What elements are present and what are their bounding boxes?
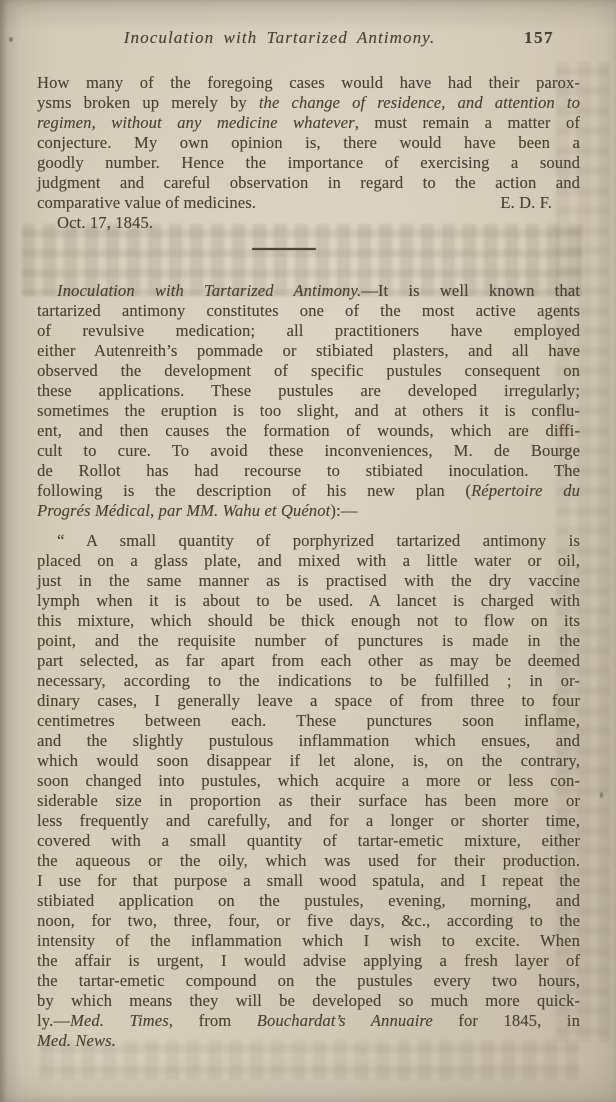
text-line: goodly number. Hence the importance of e… bbox=[37, 153, 580, 173]
text-line: covered with a small quantity of tartar-… bbox=[37, 831, 580, 851]
text-run: necessary, according to the indications … bbox=[37, 671, 580, 690]
text-line: conjecture. My own opinion is, there wou… bbox=[37, 133, 580, 153]
section-divider bbox=[252, 248, 316, 250]
text-line: the tartar-emetic compound on the pustul… bbox=[37, 971, 580, 991]
text-run: intensity of the inflammation which I wi… bbox=[37, 931, 580, 950]
text-line: regimen, without any medicine whatever, … bbox=[37, 113, 580, 133]
text-run: How many of the foregoing cases would ha… bbox=[37, 73, 580, 92]
italic-text-run: Inoculation with Tartarized Antimony. bbox=[57, 281, 361, 300]
text-run: following is the description of his new … bbox=[37, 481, 471, 500]
ink-speck bbox=[600, 792, 603, 798]
text-line: Inoculation with Tartarized Antimony.—It… bbox=[37, 281, 580, 301]
text-run: judgment and careful observation in rega… bbox=[37, 173, 580, 192]
text-line: judgment and careful observation in rega… bbox=[37, 173, 580, 193]
text-run: by which means they will be developed so… bbox=[37, 991, 580, 1010]
italic-text-run: Répertoire du bbox=[471, 481, 580, 500]
italic-text-run: Med. Times bbox=[70, 1011, 169, 1030]
text-run: placed on a glass plate, and mixed with … bbox=[37, 551, 580, 570]
text-line: “ A small quantity of porphyrized tartar… bbox=[37, 531, 580, 551]
page-body: How many of the foregoing cases would ha… bbox=[37, 73, 580, 1051]
text-run: ):— bbox=[330, 501, 357, 520]
paragraph: Inoculation with Tartarized Antimony.—It… bbox=[37, 281, 580, 521]
text-run: of revulsive medication; all practitione… bbox=[37, 321, 580, 340]
page-header: Inoculation with Tartarized Antimony. 15… bbox=[37, 28, 580, 50]
paragraph: “ A small quantity of porphyrized tartar… bbox=[37, 531, 580, 1051]
text-run: and the slightly pustulous inflammation … bbox=[37, 731, 580, 750]
text-run: , from bbox=[169, 1011, 257, 1030]
text-run: part selected, as far apart from each ot… bbox=[37, 651, 580, 670]
text-line: of revulsive medication; all practitione… bbox=[37, 321, 580, 341]
text-run: the aqueous or the oily, which was used … bbox=[37, 851, 580, 870]
text-run: ysms broken up merely by bbox=[37, 93, 259, 112]
signature-initials: E. D. F. bbox=[500, 193, 552, 213]
text-run: centimetres between each. These puncture… bbox=[37, 711, 580, 730]
text-line: soon changed into pustules, which acquir… bbox=[37, 771, 580, 791]
text-run: de Rollot has had recourse to stibiated … bbox=[37, 461, 580, 480]
text-line: ysms broken up merely by the change of r… bbox=[37, 93, 580, 113]
text-run: ent, and then causes the formation of wo… bbox=[37, 421, 580, 440]
italic-text-run: Bouchardat’s Annuaire bbox=[257, 1011, 433, 1030]
text-run: noon, for two, three, four, or five days… bbox=[37, 911, 580, 930]
text-run: ly.— bbox=[37, 1011, 70, 1030]
text-run: comparative value of medicines. bbox=[37, 193, 256, 213]
text-line: comparative value of medicines.E. D. F. bbox=[37, 193, 580, 213]
text-run: stibiated application on the pustules, e… bbox=[37, 891, 580, 910]
text-run: cult to cure. To avoid these inconvenien… bbox=[37, 441, 580, 460]
text-line: intensity of the inflammation which I wi… bbox=[37, 931, 580, 951]
text-run: the affair is urgent, I would advise app… bbox=[37, 951, 580, 970]
text-run: the tartar-emetic compound on the pustul… bbox=[37, 971, 580, 990]
text-run: siderable size in proportion as their su… bbox=[37, 791, 580, 810]
text-line: lymph when it is about to be used. A lan… bbox=[37, 591, 580, 611]
text-run: lymph when it is about to be used. A lan… bbox=[37, 591, 580, 610]
text-line: noon, for two, three, four, or five days… bbox=[37, 911, 580, 931]
text-line: part selected, as far apart from each ot… bbox=[37, 651, 580, 671]
scanned-page: Inoculation with Tartarized Antimony. 15… bbox=[0, 0, 616, 1102]
text-line: ly.—Med. Times, from Bouchardat’s Annuai… bbox=[37, 1011, 580, 1031]
ink-speck bbox=[9, 37, 13, 42]
text-run: this mixture, which should be thick enou… bbox=[37, 611, 580, 630]
text-line: Med. News. bbox=[37, 1031, 580, 1051]
italic-text-run: the change of residence, and attention t… bbox=[259, 93, 580, 112]
text-run: either Autenreith’s pommade or stibiated… bbox=[37, 341, 580, 360]
text-line: less frequently and carefully, and for a… bbox=[37, 811, 580, 831]
text-run: point, and the requisite number of punct… bbox=[37, 631, 580, 650]
page-number: 157 bbox=[524, 28, 554, 48]
text-run: sometimes the eruption is too slight, an… bbox=[37, 401, 580, 420]
text-run: comparative value of medicines. bbox=[37, 193, 256, 212]
text-line: centimetres between each. These puncture… bbox=[37, 711, 580, 731]
running-title: Inoculation with Tartarized Antimony. bbox=[37, 28, 580, 48]
text-line: sometimes the eruption is too slight, an… bbox=[37, 401, 580, 421]
text-line: Oct. 17, 1845. bbox=[37, 213, 580, 233]
text-line: just in the same manner as is practised … bbox=[37, 571, 580, 591]
text-run: “ A small quantity of porphyrized tartar… bbox=[57, 531, 580, 550]
text-line: point, and the requisite number of punct… bbox=[37, 631, 580, 651]
text-line: the affair is urgent, I would advise app… bbox=[37, 951, 580, 971]
text-line: necessary, according to the indications … bbox=[37, 671, 580, 691]
text-line: ent, and then causes the formation of wo… bbox=[37, 421, 580, 441]
text-line: either Autenreith’s pommade or stibiated… bbox=[37, 341, 580, 361]
italic-text-run: regimen, without any medicine whatever bbox=[37, 113, 355, 132]
italic-text-run: Med. News. bbox=[37, 1031, 116, 1050]
text-run: Oct. 17, 1845. bbox=[57, 213, 153, 232]
text-line: I use for that purpose a small wood spat… bbox=[37, 871, 580, 891]
text-run: these applications. These pustules are d… bbox=[37, 381, 580, 400]
paragraph: How many of the foregoing cases would ha… bbox=[37, 73, 580, 233]
text-run: just in the same manner as is practised … bbox=[37, 571, 580, 590]
italic-text-run: Progrés Médical, par MM. Wahu et Quénot bbox=[37, 501, 330, 520]
text-run: tartarized antimony constitutes one of t… bbox=[37, 301, 580, 320]
text-run: goodly number. Hence the importance of e… bbox=[37, 153, 580, 172]
text-line: by which means they will be developed so… bbox=[37, 991, 580, 1011]
text-line: observed the development of specific pus… bbox=[37, 361, 580, 381]
text-run: covered with a small quantity of tartar-… bbox=[37, 831, 580, 850]
text-line: cult to cure. To avoid these inconvenien… bbox=[37, 441, 580, 461]
text-run: for 1845, in bbox=[433, 1011, 580, 1030]
text-run: —It is well known that bbox=[361, 281, 580, 300]
text-run: , must remain a matter of bbox=[355, 113, 580, 132]
text-line: which would soon disappear if let alone,… bbox=[37, 751, 580, 771]
text-run: I use for that purpose a small wood spat… bbox=[37, 871, 580, 890]
text-line: dinary cases, I generally leave a space … bbox=[37, 691, 580, 711]
text-line: this mixture, which should be thick enou… bbox=[37, 611, 580, 631]
text-line: How many of the foregoing cases would ha… bbox=[37, 73, 580, 93]
text-line: following is the description of his new … bbox=[37, 481, 580, 501]
text-line: de Rollot has had recourse to stibiated … bbox=[37, 461, 580, 481]
text-line: stibiated application on the pustules, e… bbox=[37, 891, 580, 911]
text-line: these applications. These pustules are d… bbox=[37, 381, 580, 401]
text-line: siderable size in proportion as their su… bbox=[37, 791, 580, 811]
text-run: which would soon disappear if let alone,… bbox=[37, 751, 580, 770]
text-line: tartarized antimony constitutes one of t… bbox=[37, 301, 580, 321]
text-line: Progrés Médical, par MM. Wahu et Quénot)… bbox=[37, 501, 580, 521]
text-line: placed on a glass plate, and mixed with … bbox=[37, 551, 580, 571]
text-run: conjecture. My own opinion is, there wou… bbox=[37, 133, 580, 152]
text-line: the aqueous or the oily, which was used … bbox=[37, 851, 580, 871]
text-run: observed the development of specific pus… bbox=[37, 361, 580, 380]
text-run: dinary cases, I generally leave a space … bbox=[37, 691, 580, 710]
text-line: and the slightly pustulous inflammation … bbox=[37, 731, 580, 751]
text-run: soon changed into pustules, which acquir… bbox=[37, 771, 580, 790]
text-run: less frequently and carefully, and for a… bbox=[37, 811, 580, 830]
